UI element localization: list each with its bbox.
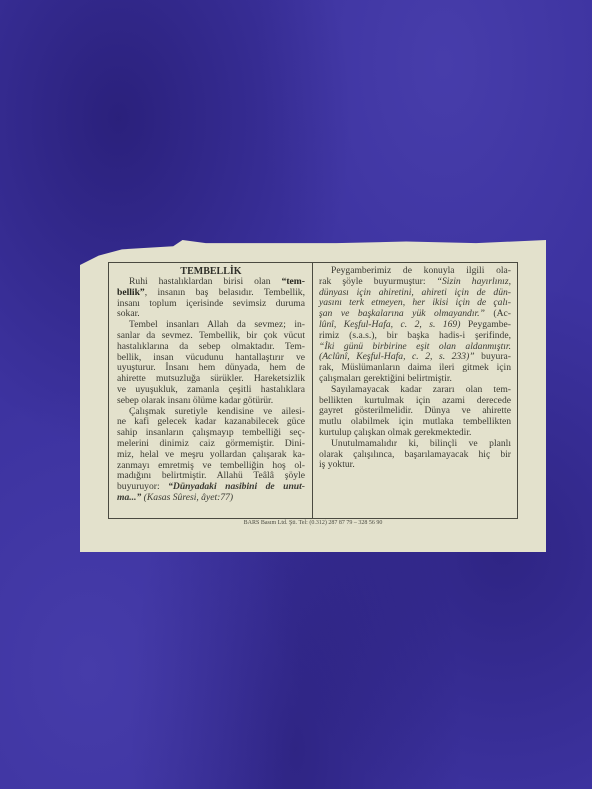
left-column-text: Ruhi hastalıklardan birisi olan “tem-bel… — [117, 277, 305, 504]
text-line: miz, helal ve meşru yollardan çalışarak … — [117, 450, 305, 461]
text-line: insanı toplum içerisinde sevimsiz duruma — [117, 299, 305, 310]
text-line: iş yoktur. — [319, 460, 511, 471]
text-line: bellik”, insanın baş belasıdır. Tembelli… — [117, 288, 305, 299]
article-frame: TEMBELLİK Ruhi hastalıklardan birisi ola… — [108, 262, 518, 519]
text-line: Sayılamayacak kadar zararı olan tem- — [319, 385, 511, 396]
printer-credit: BARS Basım Ltd. Şti. Tel: (0.312) 287 87… — [80, 520, 546, 526]
text-line: sebep olarak insanı ölüme kadar götürür. — [117, 396, 305, 407]
right-column-text: Peygamberimiz de konuyla ilgili ola-rak … — [319, 266, 511, 471]
text-line: hastalıklarına da sebep olmaktadır. Tem- — [117, 342, 305, 353]
text-line: ma...” (Kasas Sûresi, âyet:77) — [117, 493, 305, 504]
left-column: TEMBELLİK Ruhi hastalıklardan birisi ola… — [117, 266, 305, 504]
newspaper-clipping: TEMBELLİK Ruhi hastalıklardan birisi ola… — [80, 240, 546, 552]
right-column: Peygamberimiz de konuyla ilgili ola-rak … — [319, 266, 511, 471]
text-line: Unutulmamalıdır ki, bilinçli ve planlı — [319, 439, 511, 450]
column-divider — [312, 263, 313, 518]
